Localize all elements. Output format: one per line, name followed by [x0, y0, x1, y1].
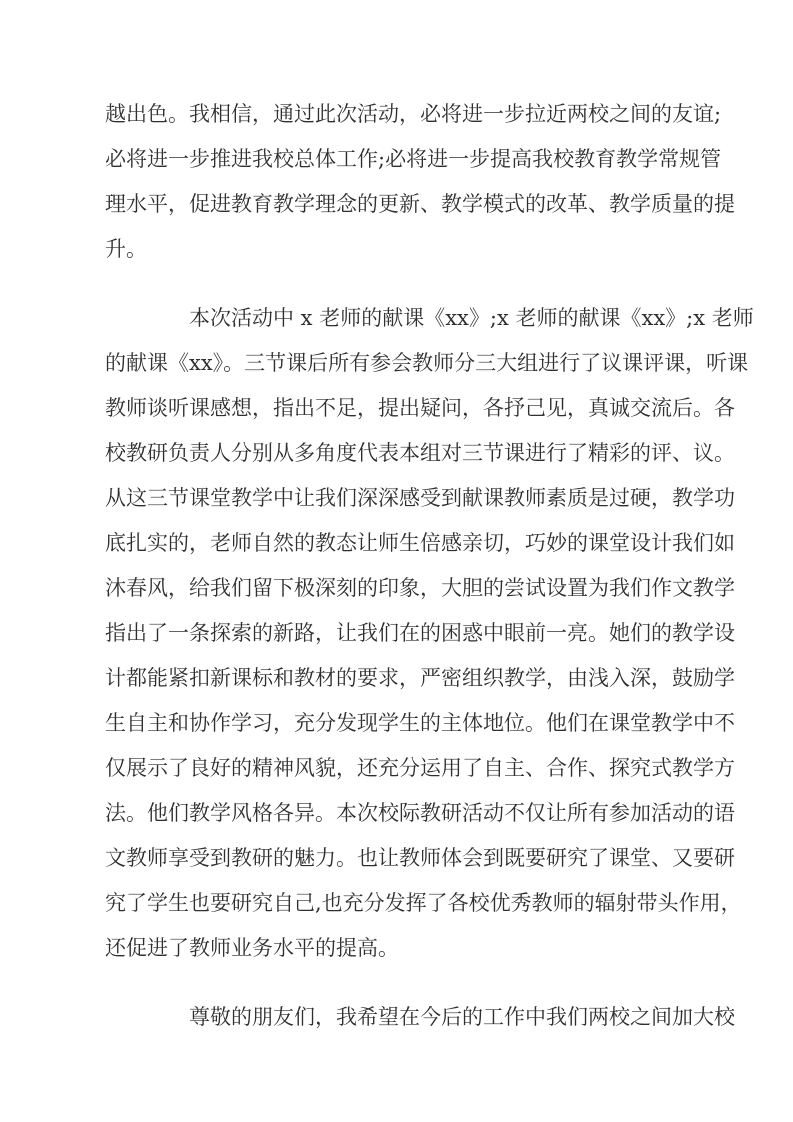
text-line: 校教研负责人分别从多角度代表本组对三节课进行了精彩的评、议。 [105, 431, 693, 476]
text-line: 究了学生也要研究自己,也充分发挥了各校优秀教师的辐射带头作用， [105, 881, 693, 926]
text-line: 必将进一步推进我校总体工作;必将进一步提高我校教育教学常规管 [105, 137, 693, 182]
text-line: 越出色。我相信，通过此次活动，必将进一步拉近两校之间的友谊; [105, 92, 693, 137]
text-line: 文教师享受到教研的魅力。也让教师体会到既要研究了课堂、又要研 [105, 836, 693, 881]
text-line: 从这三节课堂教学中让我们深深感受到献课教师素质是过硬，教学功 [105, 476, 693, 521]
paragraph-1: 越出色。我相信，通过此次活动，必将进一步拉近两校之间的友谊;必将进一步推进我校总… [105, 92, 693, 272]
text-line: 沐春风，给我们留下极深刻的印象，大胆的尝试设置为我们作文教学 [105, 566, 693, 611]
text-line: 指出了一条探索的新路，让我们在的困惑中眼前一亮。她们的教学设 [105, 611, 693, 656]
document-body: 越出色。我相信，通过此次活动，必将进一步拉近两校之间的友谊;必将进一步推进我校总… [105, 92, 693, 1064]
text-line: 还促进了教师业务水平的提高。 [105, 926, 693, 971]
text-line: 生自主和协作学习，充分发现学生的主体地位。他们在课堂教学中不 [105, 701, 693, 746]
text-line: 计都能紧扣新课标和教材的要求，严密组织教学，由浅入深，鼓励学 [105, 656, 693, 701]
text-line: 的献课《xx》。三节课后所有参会教师分三大组进行了议课评课，听课 [105, 341, 693, 386]
text-line: 法。他们教学风格各异。本次校际教研活动不仅让所有参加活动的语 [105, 791, 693, 836]
text-line: 本次活动中 x 老师的献课《xx》;x 老师的献课《xx》;x 老师 [105, 296, 693, 341]
text-line: 尊敬的朋友们，我希望在今后的工作中我们两校之间加大校 [105, 995, 693, 1040]
text-line: 底扎实的，老师自然的教态让师生倍感亲切，巧妙的课堂设计我们如 [105, 521, 693, 566]
text-line: 仅展示了良好的精神风貌，还充分运用了自主、合作、探究式教学方 [105, 746, 693, 791]
document-page: 越出色。我相信，通过此次活动，必将进一步拉近两校之间的友谊;必将进一步推进我校总… [0, 0, 793, 1122]
text-line: 升。 [105, 227, 693, 272]
text-line: 教师谈听课感想，指出不足，提出疑问，各抒己见，真诚交流后。各 [105, 386, 693, 431]
paragraph-2: 本次活动中 x 老师的献课《xx》;x 老师的献课《xx》;x 老师的献课《xx… [105, 296, 693, 971]
text-line: 理水平，促进教育教学理念的更新、教学模式的改革、教学质量的提 [105, 182, 693, 227]
paragraph-3: 尊敬的朋友们，我希望在今后的工作中我们两校之间加大校 [105, 995, 693, 1040]
